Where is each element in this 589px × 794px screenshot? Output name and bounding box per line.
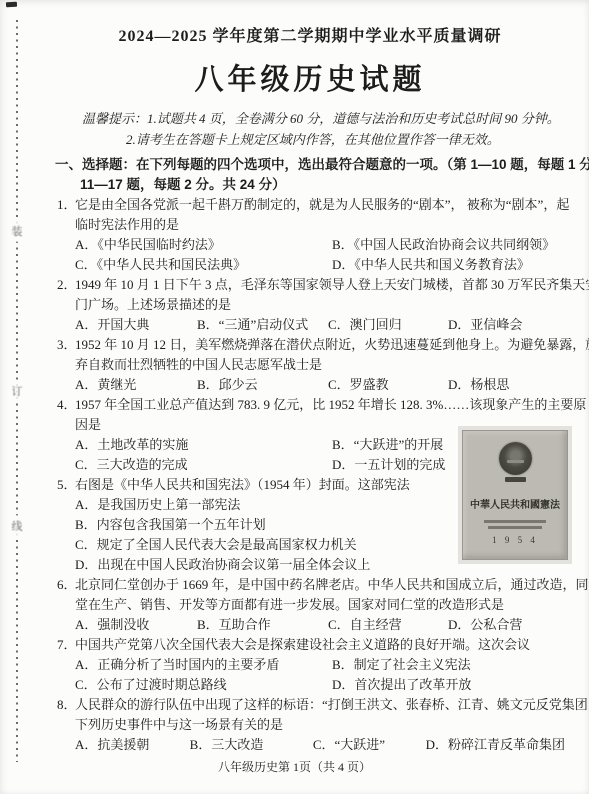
question-line: 3．1952 年 10 月 12 日，美军燃烧弹落在潜伏点附近，火势迅速蔓延到他… (55, 335, 565, 355)
options-row: A．正确分析了当时国内的主要矛盾B．制定了社会主义宪法 (55, 655, 565, 675)
option-d: D．杨根思 (448, 375, 565, 395)
option-b: B．“大跃进”的开展 (332, 437, 443, 452)
option-b: B．《中国人民政治协商会议共同纲领》 (332, 237, 555, 252)
question-8: 8．人民群众的游行队伍中出现了这样的标语：“打倒王洪文、张春桥、江青、姚文元反党… (55, 695, 565, 755)
options-row: A．《中华民国临时约法》B．《中国人民政治协商会议共同纲领》 (55, 235, 565, 255)
exam-session-header: 2024—2025 学年度第二学期期中学业水平质量调研 (55, 26, 565, 48)
option-a: A．土地改革的实施 (75, 435, 332, 455)
question-line: 6．北京同仁堂创办于 1669 年，是中国中药名牌老店。中华人民共和国成立后，通… (55, 575, 565, 595)
question-number: 2． (57, 275, 77, 295)
option-d: D．一五计划的完成 (332, 457, 445, 472)
option-a: A．正确分析了当时国内的主要矛盾 (75, 655, 332, 675)
question-line: 门广场。上述场景描述的是 (55, 295, 565, 315)
options-row: A．开国大典B．“三通”启动仪式C．澳门回归D．亚信峰会 (55, 315, 565, 335)
emblem-ribbon-icon (505, 477, 526, 482)
question-line: 4．1957 年全国工业总产值达到 783. 9 亿元，比 1952 年增长 1… (55, 395, 565, 415)
notice-line-2: 2.请考生在答题卡上规定区域内作答，在其他位置作答一律无效。 (126, 129, 565, 150)
option-d: D．公私合营 (448, 615, 565, 635)
page-title: 八年级历史试题 (55, 63, 565, 97)
question-line: 2．1949 年 10 月 1 日下午 3 点，毛泽东等国家领导人登上天安门城楼… (55, 275, 565, 295)
option-c: C．“大跃进” (313, 735, 426, 755)
question-number: 6． (57, 575, 77, 595)
question-2: 2．1949 年 10 月 1 日下午 3 点，毛泽东等国家领导人登上天安门城楼… (55, 275, 565, 335)
notice-line-1: 温馨提示：1.试题共 4 页，全卷满分 60 分，道德与法治和历史考试总时间 9… (82, 108, 565, 129)
question-text: 右图是《中华人民共和国宪法》（1954 年）封面。这部宪法 (75, 477, 410, 492)
page-footer: 八年级历史第 1页（共 4 页） (0, 758, 589, 775)
option-d: D．《中华人民共和国义务教育法》 (332, 257, 530, 272)
option-d: D．亚信峰会 (448, 315, 565, 335)
question-line: 8．人民群众的游行队伍中出现了这样的标语：“打倒王洪文、张春桥、江青、姚文元反党… (55, 695, 565, 715)
question-text: 它是由全国各党派一起千斟万酌制定的，就是为人民服务的“剧本”， 被称为“剧本”，… (75, 197, 569, 212)
option-c: C．三大改造的完成 (75, 455, 332, 475)
question-3: 3．1952 年 10 月 12 日，美军燃烧弹落在潜伏点附近，火势迅速蔓延到他… (55, 335, 565, 395)
question-number: 1． (57, 195, 77, 215)
question-text: 1952 年 10 月 12 日，美军燃烧弹落在潜伏点附近，火势迅速蔓延到他身上… (75, 337, 589, 352)
book-cover-title: 中華人民共和國憲法 (463, 496, 567, 511)
question-7: 7．中国共产党第八次全国代表大会是探索建设社会主义道路的良好开端。这次会议A．正… (55, 635, 565, 695)
question-line: 临时宪法作用的是 (55, 215, 565, 235)
question-number: 3． (57, 335, 77, 355)
question-6: 6．北京同仁堂创办于 1669 年，是中国中药名牌老店。中华人民共和国成立后，通… (55, 575, 565, 635)
option-b: B．互助合作 (197, 615, 328, 635)
option-a: A．开国大典 (75, 315, 197, 335)
options-row: A．黄继光B．邱少云C．罗盛教D．杨根思 (55, 375, 565, 395)
constitution-book-photo: 中華人民共和國憲法 1 9 5 4 (462, 430, 568, 560)
option-c: C．《中华人民共和国民法典》 (75, 255, 332, 275)
section-heading-line-1: 一、选择题：在下列每题的四个选项中，选出最符合题意的一项。（第 1—10 题，每… (55, 155, 565, 175)
question-text: 1957 年全国工业总产值达到 783. 9 亿元，比 1952 年增长 128… (75, 397, 586, 412)
option-a: A．《中华民国临时约法》 (75, 235, 332, 255)
book-cover-smalltext (463, 520, 567, 529)
question-text: 人民群众的游行队伍中出现了这样的标语：“打倒王洪文、张春桥、江青、姚文元反党集团… (75, 697, 589, 712)
question-number: 7． (57, 635, 77, 655)
question-text: 1949 年 10 月 1 日下午 3 点，毛泽东等国家领导人登上天安门城楼，首… (75, 277, 589, 292)
exam-paper-page: 装 订 线 2024—2025 学年度第二学期期中学业水平质量调研 八年级历史试… (0, 0, 589, 794)
question-line: 堂在生产、销售、开发等方面都有进一步发展。国家对同仁堂的改造形式是 (55, 595, 565, 615)
options-row: A．抗美援朝B．三大改造C．“大跃进”D．粉碎江青反革命集团 (55, 735, 565, 755)
section-heading: 一、选择题：在下列每题的四个选项中，选出最符合题意的一项。（第 1—10 题，每… (55, 155, 565, 195)
option-c: C．罗盛教 (328, 375, 448, 395)
question-line: 弃自救而壮烈牺牲的中国人民志愿军战士是 (55, 355, 565, 375)
option-b: B．“三通”启动仪式 (197, 315, 328, 335)
question-number: 5． (57, 475, 77, 495)
question-text: 北京同仁堂创办于 1669 年，是中国中药名牌老店。中华人民共和国成立后，通过改… (75, 577, 589, 592)
exam-content: 2024—2025 学年度第二学期期中学业水平质量调研 八年级历史试题 温馨提示… (0, 0, 589, 755)
book-cover-year: 1 9 5 4 (463, 535, 567, 545)
exam-notice: 温馨提示：1.试题共 4 页，全卷满分 60 分，道德与法治和历史考试总时间 9… (55, 108, 565, 150)
option-a: A．强制没收 (75, 615, 197, 635)
question-1: 1．它是由全国各党派一起千斟万酌制定的，就是为人民服务的“剧本”， 被称为“剧本… (55, 195, 565, 275)
section-heading-line-2: 11—17 题，每题 2 分。共 24 分） (55, 175, 565, 195)
smalltext-line (484, 520, 546, 523)
question-line: 7．中国共产党第八次全国代表大会是探索建设社会主义道路的良好开端。这次会议 (55, 635, 565, 655)
option-a: A．抗美援朝 (75, 735, 190, 755)
option-d: D．粉碎江青反革命集团 (426, 735, 565, 755)
smalltext-line (488, 526, 542, 529)
question-line: 下列历史事件中与这一场景有关的是 (55, 715, 565, 735)
national-emblem-icon (499, 442, 532, 475)
question-text: 中国共产党第八次全国代表大会是探索建设社会主义道路的良好开端。这次会议 (75, 637, 530, 652)
option-b: B．制定了社会主义宪法 (332, 657, 471, 672)
option-c: C．澳门回归 (328, 315, 448, 335)
option-b: B．邱少云 (197, 375, 328, 395)
question-number: 8． (57, 695, 77, 715)
options-row: C．《中华人民共和国民法典》D．《中华人民共和国义务教育法》 (55, 255, 565, 275)
options-row: C．公布了过渡时期总路线D．首次提出了改革开放 (55, 675, 565, 695)
option-c: C．自主经营 (328, 615, 448, 635)
question-line: 1．它是由全国各党派一起千斟万酌制定的，就是为人民服务的“剧本”， 被称为“剧本… (55, 195, 565, 215)
question-number: 4． (57, 395, 77, 415)
option-a: A．黄继光 (75, 375, 197, 395)
option-c: C．公布了过渡时期总路线 (75, 675, 332, 695)
option-b: B．三大改造 (190, 735, 313, 755)
options-row: A．强制没收B．互助合作C．自主经营D．公私合营 (55, 615, 565, 635)
option-d: D．首次提出了改革开放 (332, 677, 471, 692)
